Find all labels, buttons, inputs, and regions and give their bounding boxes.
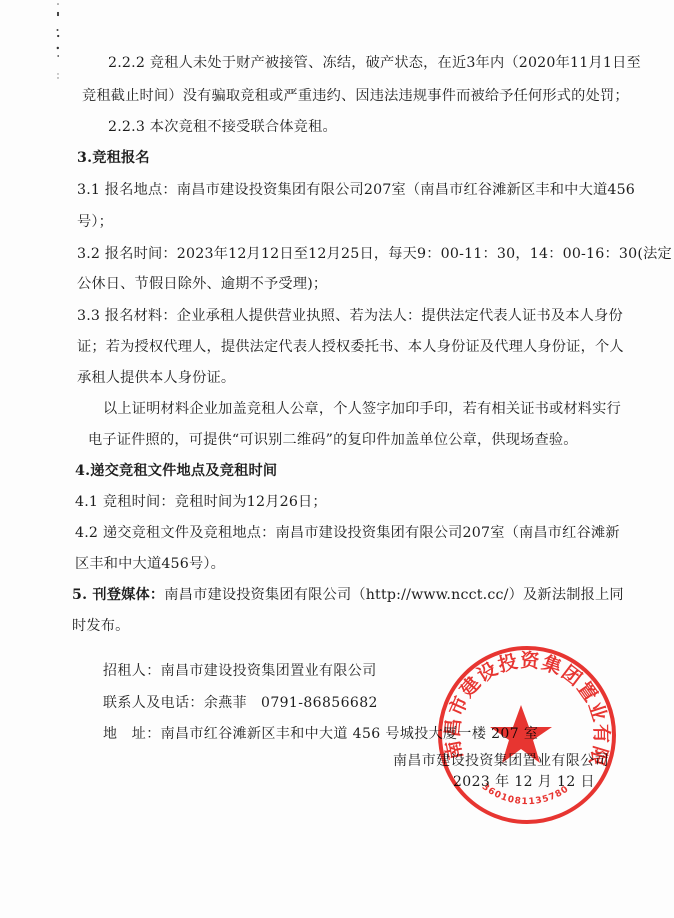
clause-3-3-line-1: 3.3 报名材料：企业承租人提供营业执照、若为法人：提供法定代表人证书及本人身份	[77, 306, 623, 326]
lessor-value: 南昌市建设投资集团置业有限公司	[161, 663, 377, 679]
section-3-heading: 3.竞租报名	[77, 148, 150, 168]
clause-3-2-line-1: 3.2 报名时间：2023年12月12日至12月25日，每天9：00-11：30…	[77, 244, 672, 264]
contact-label: 联系人及电话：	[103, 695, 204, 711]
official-seal-icon: 南昌市建设投资集团置业有限公司 3601081135780	[435, 643, 619, 827]
clause-3-2-line-2: 公休日、节假日除外、逾期不予受理)；	[77, 274, 327, 294]
note-line-2: 电子证件照的，可提供“可识别二维码”的复印件加盖单位公章，供现场查验。	[88, 430, 578, 450]
clause-2-2-2-line-2: 竞租截止时间）没有骗取竞租或严重违约、因违法违规事件而被给予任何形式的处罚；	[82, 86, 629, 106]
clause-3-3-line-3: 承租人提供本人身份证。	[77, 368, 235, 388]
section-4-heading: 4.递交竞租文件地点及竞租时间	[75, 461, 277, 481]
binding-marks	[55, 0, 61, 90]
clause-2-2-3: 2.2.3 本次竞租不接受联合体竞租。	[108, 117, 337, 137]
clause-3-3-line-2: 证；若为授权代理人，提供法定代表人授权委托书、本人身份证及代理人身份证，个人	[77, 337, 624, 357]
clause-2-2-2-line-1: 2.2.2 竞租人未处于财产被接管、冻结，破产状态，在近3年内（2020年11月…	[108, 53, 641, 73]
contact-line: 联系人及电话：余燕菲0791-86856682	[103, 693, 378, 713]
section-5-text: 南昌市建设投资集团有限公司（http://www.ncct.cc/）及新法制报上…	[164, 587, 623, 603]
clause-4-2-line-1: 4.2 递交竞租文件及竞租地点：南昌市建设投资集团有限公司207室（南昌市红谷滩…	[75, 523, 620, 543]
document-page: 2.2.2 竞租人未处于财产被接管、冻结，破产状态，在近3年内（2020年11月…	[0, 0, 674, 918]
section-5-line-1: 5. 刊登媒体：南昌市建设投资集团有限公司（http://www.ncct.cc…	[72, 585, 624, 605]
clause-3-1-line-1: 3.1 报名地点：南昌市建设投资集团有限公司207室（南昌市红谷滩新区丰和中大道…	[77, 180, 635, 200]
lessor-line: 招租人：南昌市建设投资集团置业有限公司	[103, 661, 377, 681]
contact-name: 余燕菲	[204, 695, 247, 711]
svg-text:3601081135780: 3601081135780	[480, 782, 571, 807]
clause-4-2-line-2: 区丰和中大道456号）。	[75, 554, 225, 574]
address-label: 地 址：	[103, 726, 161, 742]
seal-serial: 3601081135780	[480, 782, 571, 807]
contact-phone: 0791-86856682	[261, 695, 378, 711]
seal-star-icon	[490, 705, 552, 763]
section-5-heading: 5. 刊登媒体：	[72, 587, 164, 603]
section-5-line-2: 时发布。	[72, 616, 130, 636]
note-line-1: 以上证明材料企业加盖竞租人公章，个人签字加印手印，若有相关证书或材料实行	[103, 399, 621, 419]
clause-4-1: 4.1 竞租时间：竞租时间为12月26日；	[75, 492, 327, 512]
lessor-label: 招租人：	[103, 663, 161, 679]
clause-3-1-line-2: 号）；	[77, 212, 113, 232]
